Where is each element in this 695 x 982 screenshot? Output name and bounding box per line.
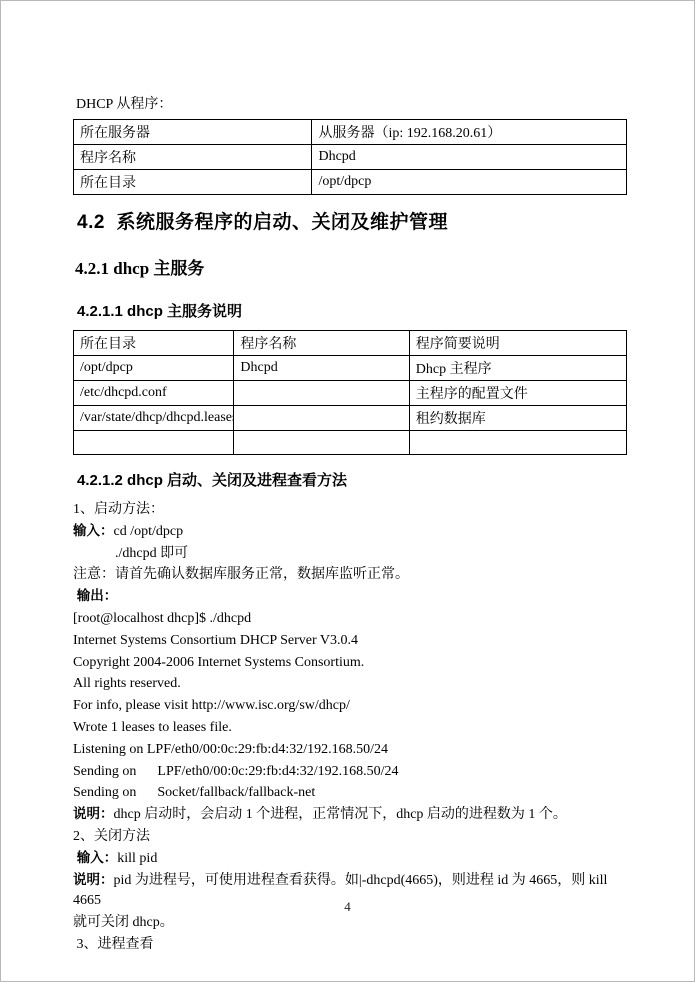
- heading-4-2: 4.2 系统服务程序的启动、关闭及维护管理: [77, 207, 628, 234]
- line-text: cd /opt/dpcp: [114, 524, 184, 539]
- table-cell: Dhcp 主程序: [409, 356, 626, 381]
- table-cell: 程序名称: [74, 145, 312, 170]
- table-row: 程序名称 Dhcpd: [74, 145, 627, 170]
- table-row: /etc/dhcpd.conf 主程序的配置文件: [74, 381, 627, 406]
- table-row: /opt/dpcp Dhcpd Dhcp 主程序: [74, 356, 627, 381]
- terminal-output-line: Sending on LPF/eth0/00:0c:29:fb:d4:32/19…: [73, 761, 628, 783]
- heading-4-2-1: 4.2.1 dhcp 主服务: [75, 254, 628, 279]
- line-text: [root@localhost dhcp]$ ./dhcpd: [73, 611, 251, 626]
- heading-4-2-1-1: 4.2.1.1 dhcp 主服务说明: [77, 300, 628, 321]
- dhcp-main-table: 所在目录 程序名称 程序简要说明 /opt/dpcp Dhcpd Dhcp 主程…: [73, 330, 627, 455]
- line-text: Listening on LPF/eth0/00:0c:29:fb:d4:32/…: [73, 742, 388, 757]
- line-text: 注意：请首先确认数据库服务正常，数据库监听正常。: [73, 567, 409, 582]
- terminal-output-line: Copyright 2004-2006 Internet Systems Con…: [73, 652, 628, 674]
- line-text: 1、启动方法：: [73, 502, 164, 517]
- table-cell: 从服务器（ip: 192.168.20.61）: [312, 120, 627, 145]
- bold-label: 输入：: [73, 850, 117, 865]
- bold-label: 说明：: [73, 872, 114, 887]
- terminal-output-line: Internet Systems Consortium DHCP Server …: [73, 630, 628, 652]
- body-line: 输入：cd /opt/dpcp: [73, 521, 628, 543]
- table-header-row: 所在目录 程序名称 程序简要说明: [74, 331, 627, 356]
- line-text: Sending on LPF/eth0/00:0c:29:fb:d4:32/19…: [73, 764, 399, 779]
- dhcp-slave-table: 所在服务器 从服务器（ip: 192.168.20.61） 程序名称 Dhcpd…: [73, 119, 627, 195]
- table-cell: [74, 431, 234, 455]
- line-text: Copyright 2004-2006 Internet Systems Con…: [73, 655, 364, 670]
- table-header-cell: 程序简要说明: [409, 331, 626, 356]
- body-paragraphs: 1、启动方法： 输入：cd /opt/dpcp ./dhcpd 即可 注意：请首…: [73, 499, 628, 956]
- terminal-output-line: [root@localhost dhcp]$ ./dhcpd: [73, 608, 628, 630]
- line-text: 3、进程查看: [73, 937, 154, 952]
- bold-label: 说明：: [73, 806, 114, 821]
- heading-4-2-1-2: 4.2.1.2 dhcp 启动、关闭及进程查看方法: [77, 469, 628, 490]
- table-cell: /opt/dpcp: [312, 170, 627, 195]
- table-cell: [234, 431, 409, 455]
- table-header-cell: 所在目录: [74, 331, 234, 356]
- body-line: 输入：kill pid: [73, 848, 628, 870]
- table-cell: Dhcpd: [312, 145, 627, 170]
- table-cell: /opt/dpcp: [74, 356, 234, 381]
- line-text: 2、关闭方法: [73, 829, 150, 844]
- body-line: 就可关闭 dhcp。: [73, 912, 628, 934]
- table-cell: Dhcpd: [234, 356, 409, 381]
- body-line: 2、关闭方法: [73, 826, 628, 848]
- intro-line: DHCP 从程序：: [73, 96, 628, 114]
- table-cell: /var/state/dhcp/dhcpd.leases: [74, 406, 234, 431]
- table-header-cell: 程序名称: [234, 331, 409, 356]
- page-number: 4: [1, 899, 694, 915]
- body-line: ./dhcpd 即可: [73, 543, 628, 565]
- table-row: /var/state/dhcp/dhcpd.leases 租约数据库: [74, 406, 627, 431]
- table-cell: [234, 406, 409, 431]
- table-row: [74, 431, 627, 455]
- line-text: All rights reserved.: [73, 676, 181, 691]
- table-row: 所在服务器 从服务器（ip: 192.168.20.61）: [74, 120, 627, 145]
- terminal-output-line: Wrote 1 leases to leases file.: [73, 717, 628, 739]
- terminal-output-line: For info, please visit http://www.isc.or…: [73, 695, 628, 717]
- table-cell: /etc/dhcpd.conf: [74, 381, 234, 406]
- table-cell: 所在目录: [74, 170, 312, 195]
- terminal-output-line: Sending on Socket/fallback/fallback-net: [73, 782, 628, 804]
- document-page: DHCP 从程序： 所在服务器 从服务器（ip: 192.168.20.61） …: [0, 0, 695, 982]
- line-text: kill pid: [117, 851, 157, 866]
- table-cell: [234, 381, 409, 406]
- body-line: 1、启动方法：: [73, 499, 628, 521]
- body-line: 3、进程查看: [73, 934, 628, 956]
- bold-label: 输出：: [73, 588, 117, 603]
- table-cell: 所在服务器: [74, 120, 312, 145]
- line-text: dhcp 启动时，会启动 1 个进程，正常情况下，dhcp 启动的进程数为 1 …: [114, 807, 567, 822]
- line-text: For info, please visit http://www.isc.or…: [73, 698, 350, 713]
- table-cell: 租约数据库: [409, 406, 626, 431]
- line-text: Sending on Socket/fallback/fallback-net: [73, 785, 315, 800]
- line-text: 就可关闭 dhcp。: [73, 915, 174, 930]
- line-text: Internet Systems Consortium DHCP Server …: [73, 633, 358, 648]
- terminal-output-line: All rights reserved.: [73, 673, 628, 695]
- table-cell: [409, 431, 626, 455]
- line-text: Wrote 1 leases to leases file.: [73, 720, 232, 735]
- body-line: 说明：dhcp 启动时，会启动 1 个进程，正常情况下，dhcp 启动的进程数为…: [73, 804, 628, 826]
- terminal-output-line: Listening on LPF/eth0/00:0c:29:fb:d4:32/…: [73, 739, 628, 761]
- line-text: ./dhcpd 即可: [115, 546, 188, 561]
- bold-label: 输入：: [73, 523, 114, 538]
- body-line: 输出：: [73, 586, 628, 608]
- table-row: 所在目录 /opt/dpcp: [74, 170, 627, 195]
- body-line: 注意：请首先确认数据库服务正常，数据库监听正常。: [73, 564, 628, 586]
- table-cell: 主程序的配置文件: [409, 381, 626, 406]
